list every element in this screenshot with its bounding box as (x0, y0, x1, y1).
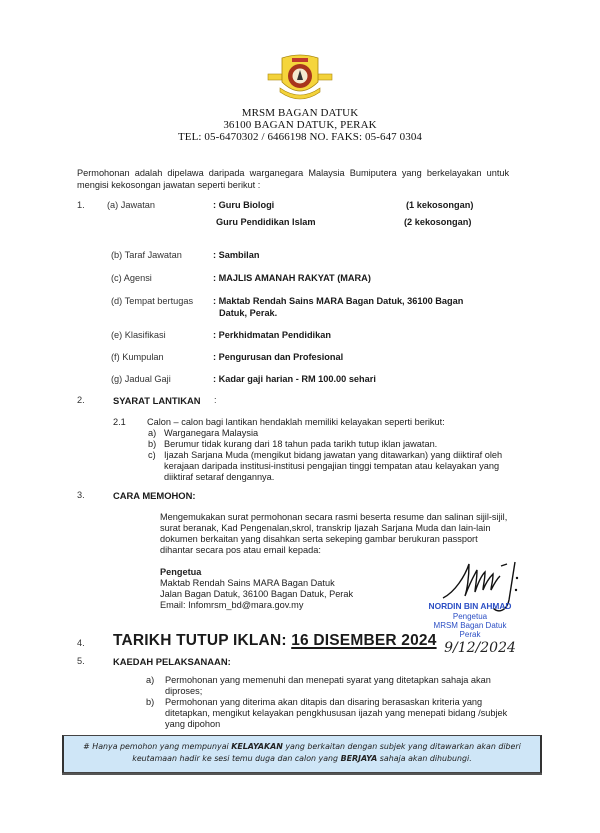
position-title: : Guru Biologi (213, 200, 274, 210)
intro-line-1: Permohonan adalah dipelawa daripada warg… (77, 168, 509, 179)
address-line: Maktab Rendah Sains MARA Bagan Datuk (160, 578, 335, 589)
address-title: Pengetua (160, 567, 201, 578)
section-2-colon: : (214, 395, 217, 405)
field-label: (e) Klasifikasi (111, 330, 166, 340)
notice-text: yang berkaitan dengan subjek yang ditawa… (283, 742, 521, 751)
list-marker: a) (148, 428, 156, 439)
list-item: Warganegara Malaysia (164, 428, 258, 439)
field-value: : Pengurusan dan Profesional (213, 352, 343, 362)
notice-emphasis: KELAYAKAN (231, 742, 283, 751)
list-item-cont: diproses; (165, 686, 202, 697)
body-line: Mengemukakan surat permohonan secara ras… (160, 512, 507, 523)
list-marker: c) (148, 450, 156, 461)
body-line: surat beranak, Kad Pengenalan,skrol, tra… (160, 523, 490, 534)
list-item: Permohonan yang memenuhi dan menepati sy… (165, 675, 491, 686)
field-value: : Kadar gaji harian - RM 100.00 sehari (213, 374, 376, 384)
notice-box: # Hanya pemohon yang mempunyai KELAYAKAN… (62, 735, 542, 773)
field-value: : Perkhidmatan Pendidikan (213, 330, 331, 340)
field-label: (g) Jadual Gaji (111, 374, 171, 384)
email-address: Email: Infomrsm_bd@mara.gov.my (160, 600, 303, 611)
mrsm-crest-logo (266, 52, 334, 104)
section-5-number: 5. (77, 656, 85, 666)
list-marker: a) (146, 675, 154, 686)
field-label: (d) Tempat bertugas (111, 296, 193, 306)
field-value: : Maktab Rendah Sains MARA Bagan Datuk, … (213, 296, 463, 306)
address-line: Jalan Bagan Datuk, 36100 Bagan Datuk, Pe… (160, 589, 353, 600)
list-item-cont: diiktiraf setaraf dengannya. (164, 472, 274, 483)
position-vacancy: (1 kekosongan) (406, 200, 473, 210)
notice-text: # Hanya pemohon yang mempunyai (83, 742, 231, 751)
body-line: dokumen berkaitan yang disahkan serta se… (160, 534, 478, 545)
notice-line-2: keutamaan hadir ke sesi temu duga dan ca… (64, 753, 540, 765)
signatory-name: NORDIN BIN AHMAD (405, 602, 535, 612)
section-5-title: KAEDAH PELAKSANAAN: (113, 656, 231, 667)
list-item-cont: yang dipohon (165, 719, 220, 730)
notice-text: sahaja akan dihubungi. (377, 754, 472, 763)
list-item-cont: ditetapkan, mengikut kelayakan pengkhusu… (165, 708, 507, 719)
closing-date-label: TARIKH TUTUP IKLAN: (113, 632, 291, 649)
section-2-title: SYARAT LANTIKAN (113, 395, 201, 406)
school-address: 36100 BAGAN DATUK, PERAK (0, 119, 600, 131)
closing-date-value: 16 DISEMBER 2024 (291, 632, 436, 649)
list-marker: b) (148, 439, 156, 450)
position-title: Guru Pendidikan Islam (216, 217, 316, 227)
field-value-cont: Datuk, Perak. (219, 308, 277, 318)
notice-emphasis: BERJAYA (341, 754, 378, 763)
list-item: Permohonan yang diterima akan ditapis da… (165, 697, 482, 708)
intro-line-2: mengisi kekosongan jawatan seperti berik… (77, 180, 260, 191)
section-1-number: 1. (77, 200, 85, 210)
notice-line-1: # Hanya pemohon yang mempunyai KELAYAKAN… (64, 741, 540, 753)
list-item: Ijazah Sarjana Muda (mengikut bidang jaw… (164, 450, 502, 461)
sub-text: Calon – calon bagi lantikan hendaklah me… (147, 417, 445, 428)
school-contact: TEL: 05-6470302 / 6466198 NO. FAKS: 05-6… (0, 131, 600, 143)
signature-date: 9/12/2024 (430, 640, 530, 656)
school-name: MRSM BAGAN DATUK (0, 107, 600, 119)
list-item: Berumur tidak kurang dari 18 tahun pada … (164, 439, 437, 450)
section-4-number: 4. (77, 638, 85, 648)
list-marker: b) (146, 697, 154, 708)
field-value: : MAJLIS AMANAH RAKYAT (MARA) (213, 273, 371, 283)
field-label: (b) Taraf Jawatan (111, 250, 182, 260)
section-2-number: 2. (77, 395, 85, 405)
position-vacancy: (2 kekosongan) (404, 217, 471, 227)
section-3-title: CARA MEMOHON: (113, 490, 195, 501)
jawatan-label: (a) Jawatan (107, 200, 155, 210)
body-line: dihantar secara pos atau email kepada: (160, 545, 321, 556)
field-label: (c) Agensi (111, 273, 152, 283)
notice-text: keutamaan hadir ke sesi temu duga dan ca… (132, 754, 340, 763)
field-value: : Sambilan (213, 250, 259, 260)
section-3-number: 3. (77, 490, 85, 500)
sub-number: 2.1 (113, 417, 126, 428)
field-label: (f) Kumpulan (111, 352, 164, 362)
closing-date-heading: TARIKH TUTUP IKLAN: 16 DISEMBER 2024 (113, 632, 437, 650)
list-item-cont: kerajaan daripada institusi-institusi pe… (164, 461, 499, 472)
